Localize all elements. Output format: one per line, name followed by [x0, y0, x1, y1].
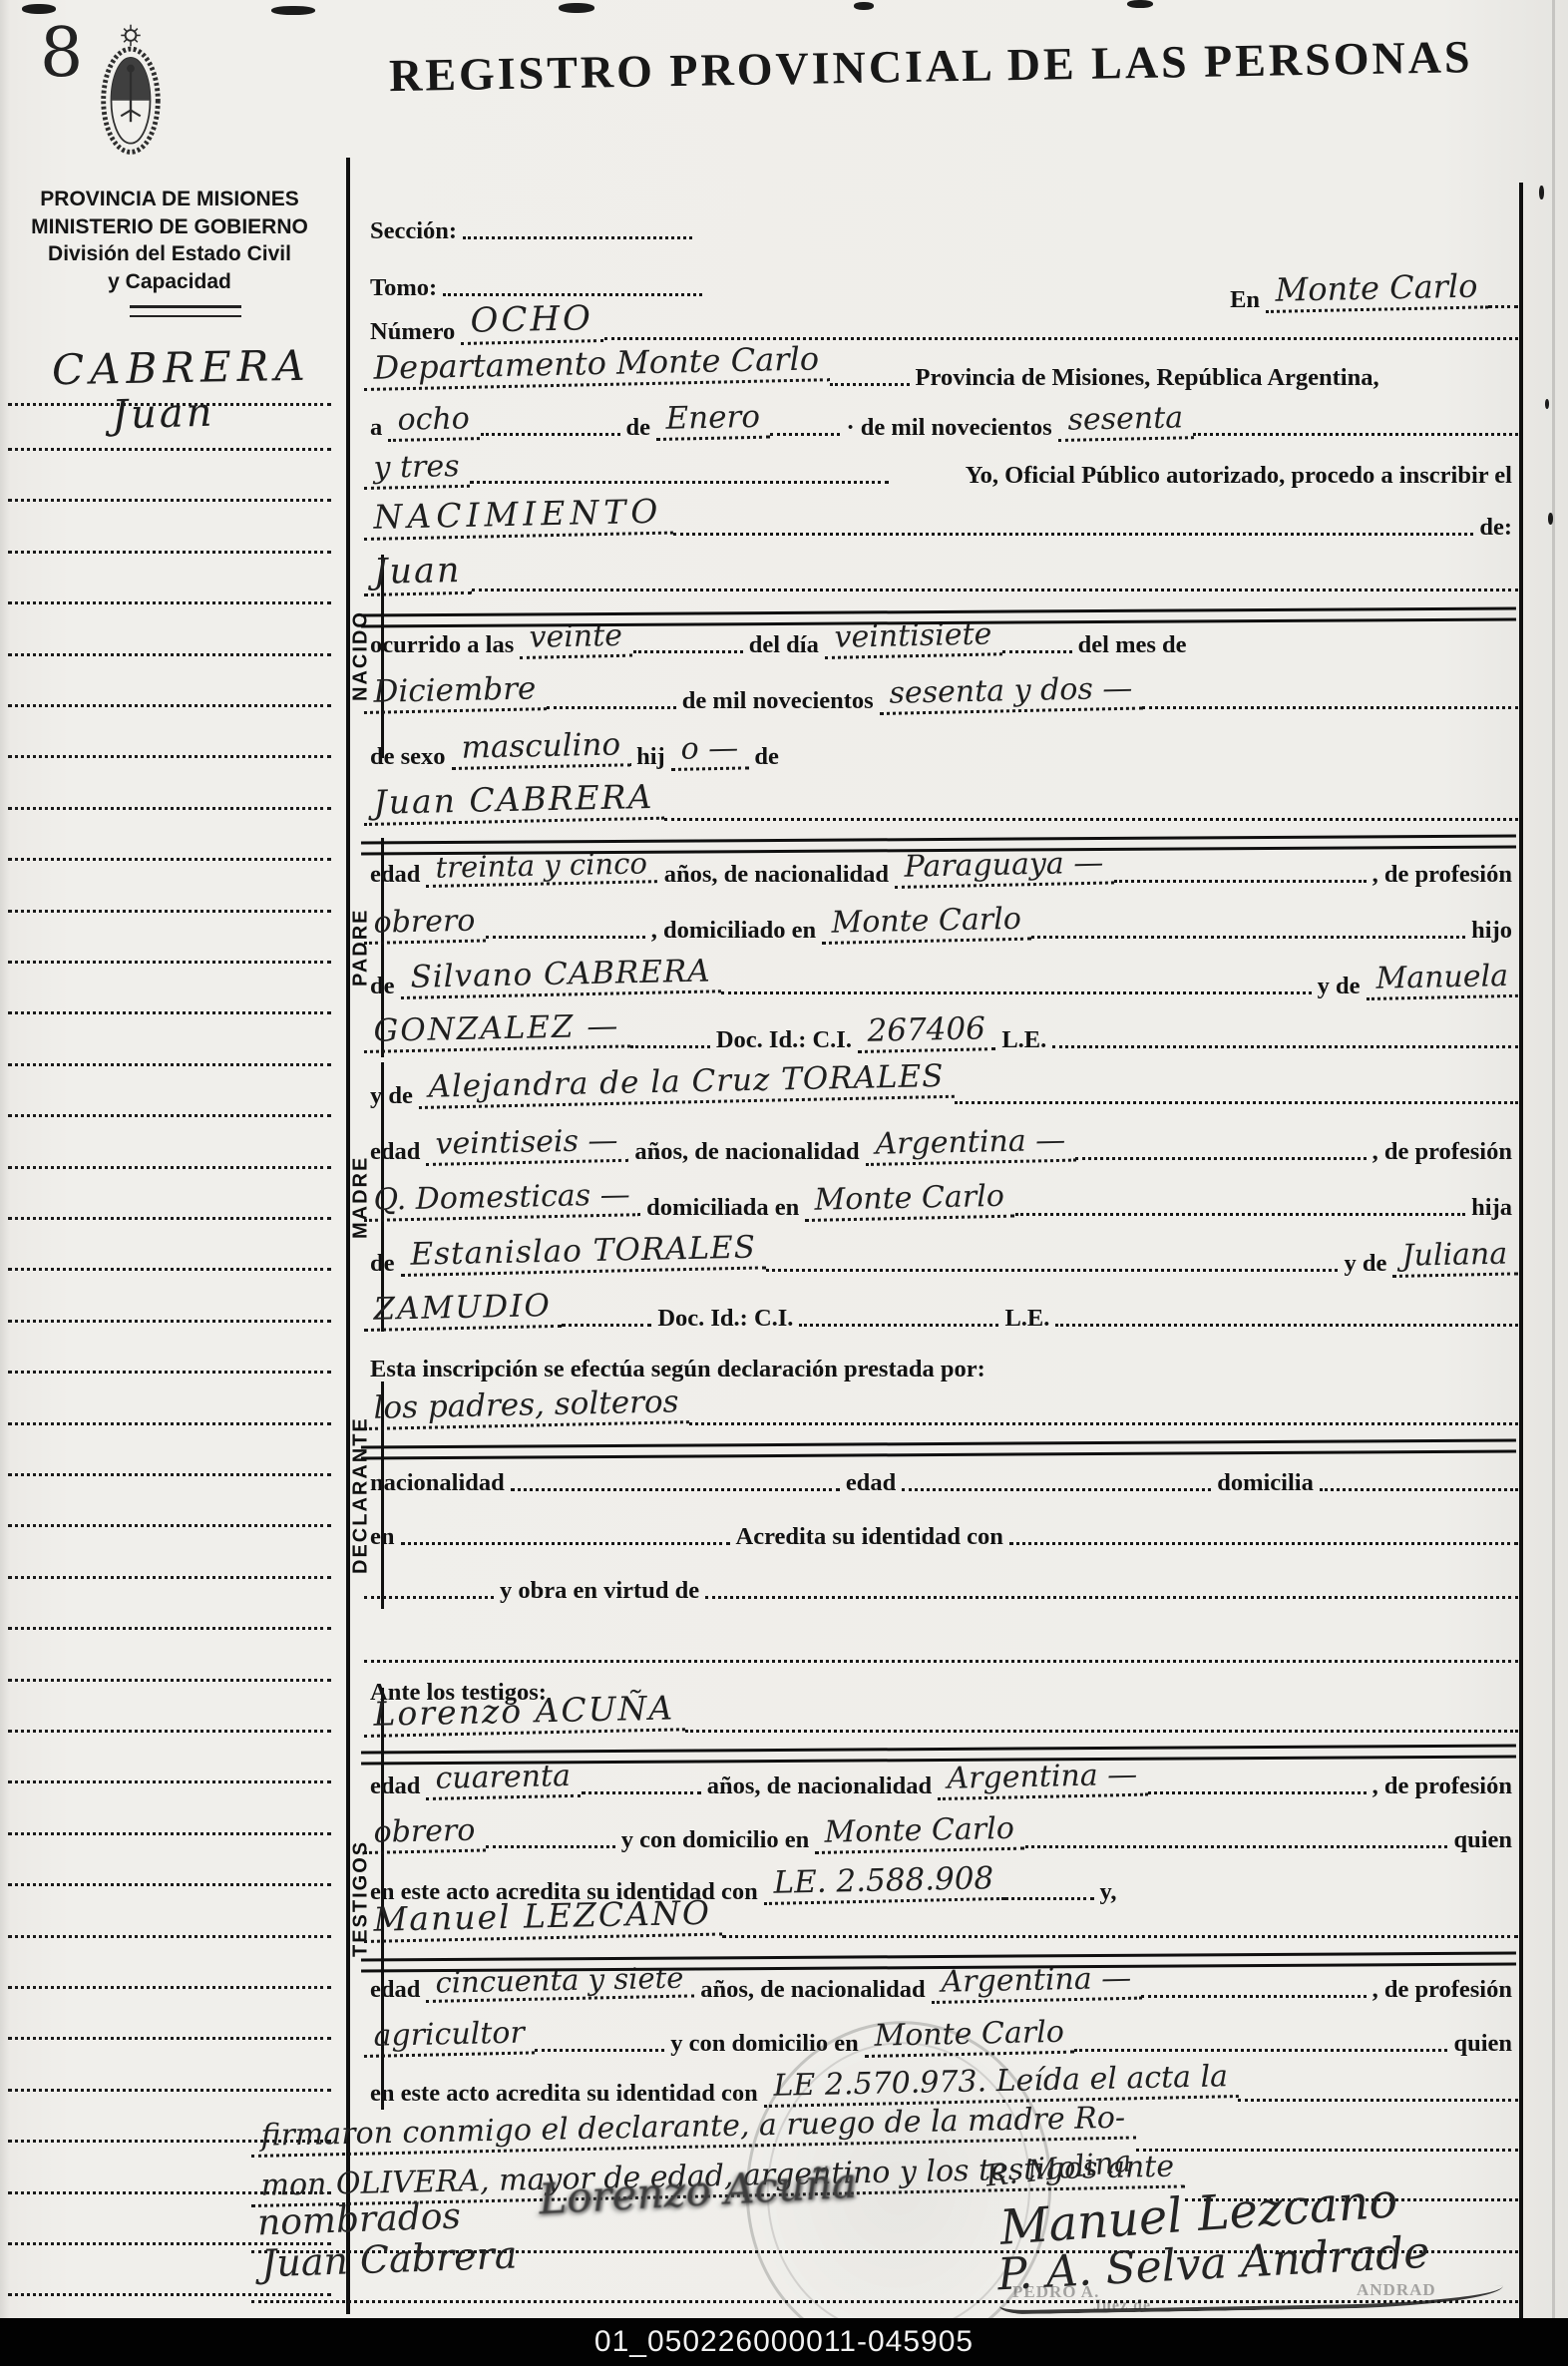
- authority-line: y Capacidad: [4, 268, 335, 296]
- margin-surname-entry: CABRERA: [52, 341, 311, 395]
- handwritten-entry: obrero: [363, 905, 486, 944]
- printed-label: quien: [1447, 1827, 1518, 1853]
- handwritten-entry: Enero: [655, 401, 770, 441]
- margin-dotted-line: [8, 653, 331, 656]
- dotted-fill-line: [511, 1488, 840, 1491]
- form-row-declarante-1: nacionalidadedaddomicilia: [364, 1454, 1518, 1496]
- scan-artifact: [1539, 186, 1544, 199]
- archive-caption-bar: 01_050226000011-045905: [0, 2318, 1568, 2366]
- scan-artifact: [1545, 399, 1549, 409]
- dotted-fill-line: [1136, 2149, 1518, 2152]
- margin-dotted-line: [8, 1986, 331, 1989]
- handwritten-entry: Estanislao TORALES: [400, 1232, 766, 1277]
- margin-dotted-line: [8, 1883, 331, 1886]
- form-row-mes: Diciembrede mil novecientossesenta y dos…: [364, 672, 1518, 714]
- dotted-fill-line: [1031, 936, 1465, 939]
- scan-artifact: [22, 4, 56, 14]
- dotted-fill-line: [364, 1660, 1518, 1663]
- form-row-fecha: aochodeEnero· de mil novecientossesenta: [364, 399, 1518, 441]
- printed-label: de:: [1473, 515, 1518, 541]
- form-row-acta-tipo: NACIMIENTOde:: [364, 499, 1518, 541]
- printed-label: hija: [1465, 1195, 1518, 1221]
- margin-dotted-line: [8, 2037, 331, 2040]
- handwritten-entry: Lorenzo ACUÑA: [363, 1692, 684, 1738]
- handwritten-entry: Q. Domesticas —: [363, 1179, 640, 1221]
- margin-dotted-line: [8, 1011, 331, 1014]
- dotted-fill-line: [1015, 1213, 1466, 1216]
- dotted-fill-line: [673, 533, 1473, 536]
- printed-label: ocurrido a las: [364, 632, 520, 658]
- handwritten-entry: OCHO: [460, 301, 603, 345]
- margin-dotted-line: [8, 961, 331, 964]
- dotted-fill-line: [1148, 1791, 1367, 1794]
- form-row-inscripto-nombre: Juan: [364, 555, 1518, 596]
- handwritten-entry: o —: [670, 732, 748, 770]
- dotted-fill-line: [562, 1324, 651, 1327]
- dotted-fill-line: [705, 1596, 1518, 1599]
- printed-label: Número: [364, 319, 461, 345]
- handwritten-entry: Departamento Monte Carlo: [363, 343, 829, 391]
- printed-label: Esta inscripción se efectúa según declar…: [364, 1357, 991, 1382]
- handwritten-entry: Manuela: [1366, 960, 1518, 999]
- form-row-declarante-2: enAcredita su identidad con: [364, 1508, 1518, 1550]
- printed-label: del día: [743, 632, 825, 658]
- margin-dotted-line: [8, 1576, 331, 1579]
- form-row-madre-nombre: y deAlejandra de la Cruz TORALES: [364, 1067, 1518, 1109]
- dotted-fill-line: [1002, 650, 1072, 653]
- printed-label: edad: [364, 1774, 426, 1799]
- form-row-madre-profesion: Q. Domesticas —domiciliada enMonte Carlo…: [364, 1179, 1518, 1221]
- dotted-fill-line: [633, 650, 743, 653]
- handwritten-entry: sesenta y dos —: [879, 672, 1142, 714]
- margin-dotted-line: [8, 910, 331, 913]
- handwritten-entry: agricultor: [363, 2017, 535, 2057]
- form-row-numero: NúmeroOCHO: [364, 303, 1518, 345]
- printed-label: Sección:: [364, 218, 463, 244]
- scan-artifact: [1127, 0, 1153, 8]
- dotted-fill-line: [1074, 2049, 1447, 2052]
- printed-label: , de profesión: [1367, 1774, 1518, 1799]
- margin-dotted-line: [8, 704, 331, 707]
- printed-label: Provincia de Misiones, República Argenti…: [910, 365, 1385, 391]
- dotted-fill-line: [364, 1596, 494, 1599]
- printed-label: en: [364, 1524, 401, 1550]
- printed-label: del mes de: [1072, 632, 1193, 658]
- dotted-fill-line: [1009, 1542, 1518, 1545]
- printed-label: L.E.: [998, 1306, 1055, 1332]
- authority-line: División del Estado Civil: [4, 240, 335, 268]
- margin-dotted-line: [8, 1935, 331, 1938]
- margin-dotted-line: [8, 448, 331, 451]
- form-row-anio-cont: y tresYo, Oficial Público autorizado, pr…: [364, 447, 1518, 489]
- handwritten-entry: ZAMUDIO: [363, 1290, 562, 1332]
- margin-dotted-line: [8, 755, 331, 758]
- handwritten-entry: Silvano CABRERA: [400, 956, 721, 999]
- form-row-padre-profesion: obrero, domiciliado enMonte Carlohijo: [364, 902, 1518, 944]
- margin-dotted-line: [8, 1063, 331, 1066]
- form-row-seccion: Sección:: [364, 202, 1518, 244]
- handwritten-entry: Juan CABRERA: [363, 780, 664, 826]
- form-row-testigo1-profesion: obreroy con domicilio enMonte Carloquien: [364, 1811, 1518, 1853]
- printed-label: , de profesión: [1367, 1139, 1518, 1165]
- handwritten-entry: Manuel LEZCANO: [363, 1896, 721, 1943]
- form-row-madre-abuela: ZAMUDIODoc. Id.: C.I.L.E.: [364, 1290, 1518, 1332]
- printed-label: domicilia: [1211, 1470, 1320, 1496]
- dotted-fill-line: [799, 1324, 998, 1327]
- handwritten-entry: y tres: [363, 450, 470, 489]
- dotted-fill-line: [547, 706, 676, 709]
- dotted-fill-line: [770, 433, 840, 436]
- margin-dotted-line: [8, 601, 331, 604]
- handwritten-entry: los padres, solteros: [363, 1386, 689, 1430]
- form-row-padre-abuela: GONZALEZ —Doc. Id.: C.I.267406L.E.: [364, 1011, 1518, 1053]
- margin-dotted-line: [8, 807, 331, 810]
- printed-label: Acredita su identidad con: [730, 1524, 1009, 1550]
- dotted-fill-line: [481, 433, 620, 436]
- margin-dotted-line: [8, 858, 331, 861]
- handwritten-entry: NACIMIENTO: [363, 495, 673, 541]
- margin-dotted-line: [8, 1166, 331, 1169]
- printed-label: y de: [1312, 974, 1367, 999]
- printed-label: L.E.: [995, 1027, 1052, 1053]
- page-number: 8: [40, 14, 83, 93]
- dotted-fill-line: [486, 1845, 615, 1848]
- form-row-sexo: de sexomasculinohijo —de: [364, 728, 1518, 770]
- margin-dotted-line: [8, 1627, 331, 1630]
- printed-label: de mil novecientos: [676, 688, 880, 714]
- printed-label: y obra en virtud de: [494, 1578, 705, 1604]
- printed-label: Doc. Id.: C.I.: [710, 1027, 858, 1053]
- margin-dotted-line: [8, 499, 331, 502]
- dotted-fill-line: [1320, 1488, 1518, 1491]
- handwritten-entry: Argentina —: [937, 1759, 1147, 1799]
- form-row-declarante-4: [364, 1626, 1518, 1668]
- printed-label: , de profesión: [1367, 1977, 1518, 2003]
- margin-dotted-line: [8, 1320, 331, 1323]
- printed-label: de: [620, 415, 657, 441]
- printed-label: hijo: [1465, 918, 1518, 944]
- form-row-inscripcion-nota: Esta inscripción se efectúa según declar…: [364, 1341, 1518, 1382]
- handwritten-entry: sesenta: [1057, 402, 1193, 441]
- printed-label: años, de nacionalidad: [658, 862, 895, 888]
- margin-dotted-line: [8, 1473, 331, 1476]
- handwritten-entry: Diciembre: [363, 673, 547, 714]
- handwritten-entry: masculino: [451, 729, 630, 770]
- handwritten-entry: Paraguaya —: [894, 847, 1113, 888]
- margin-dotted-line: [8, 403, 331, 406]
- margin-dotted-line: [8, 1730, 331, 1733]
- dotted-fill-line: [582, 1791, 701, 1794]
- dotted-fill-line: [470, 481, 889, 484]
- dotted-fill-line: [1142, 706, 1518, 709]
- dotted-fill-line: [1075, 1157, 1366, 1160]
- margin-dotted-line: [8, 1524, 331, 1527]
- faint-stamp-text: ANDRAD: [1357, 2280, 1436, 2300]
- issuing-authority: PROVINCIA DE MISIONES MINISTERIO DE GOBI…: [4, 186, 335, 296]
- argentina-coat-of-arms-icon: [92, 22, 170, 160]
- printed-label: y de: [1338, 1251, 1392, 1277]
- margin-dotted-line: [8, 1780, 331, 1783]
- handwritten-entry: Monte Carlo: [815, 1812, 1025, 1853]
- printed-label: edad: [364, 862, 426, 888]
- handwritten-entry: LE. 2.588.908: [763, 1862, 1003, 1905]
- handwritten-entry: Juliana: [1392, 1238, 1518, 1277]
- scan-artifact: [854, 2, 874, 10]
- printed-label: de sexo: [364, 744, 452, 770]
- margin-dotted-line: [8, 1422, 331, 1425]
- handwritten-entry: Juan: [363, 553, 472, 596]
- form-row-madre-edad: edadveintiseis —años, de nacionalidadArg…: [364, 1123, 1518, 1165]
- dotted-fill-line: [664, 818, 1518, 821]
- printed-label: edad: [364, 1139, 426, 1165]
- form-row-padre-abuelo: deSilvano CABRERAy deManuela: [364, 958, 1518, 999]
- dotted-fill-line: [902, 1488, 1211, 1491]
- printed-label: edad: [364, 1977, 426, 2003]
- printed-label: , de profesión: [1367, 862, 1518, 888]
- dotted-fill-line: [1055, 1324, 1518, 1327]
- dotted-fill-line: [830, 383, 910, 386]
- printed-label: · de mil novecientos: [840, 415, 1057, 441]
- margin-dotted-line: [8, 1217, 331, 1220]
- handwritten-entry: Alejandra de la Cruz TORALES: [418, 1060, 955, 1109]
- printed-label: de: [748, 744, 785, 770]
- printed-label: Doc. Id.: C.I.: [651, 1306, 799, 1332]
- dotted-fill-line: [955, 1101, 1518, 1104]
- printed-label: a: [364, 415, 388, 441]
- printed-label: nacionalidad: [364, 1470, 511, 1496]
- printed-label: quien: [1447, 2031, 1518, 2057]
- dotted-fill-line: [766, 1269, 1339, 1272]
- dotted-fill-line: [535, 2049, 664, 2052]
- dotted-fill-line: [472, 589, 1518, 591]
- handwritten-entry: obrero: [363, 1814, 486, 1853]
- authority-divider: [130, 305, 241, 317]
- dotted-fill-line: [721, 991, 1312, 994]
- faint-stamp-text: PEDRO A.: [1012, 2282, 1099, 2302]
- form-row-padre-nombre: Juan CABRERA: [364, 784, 1518, 826]
- handwritten-entry: cuarenta: [426, 1760, 582, 1799]
- margin-dotted-line: [8, 1114, 331, 1117]
- printed-label: de: [364, 974, 401, 999]
- form-row-departamento: Departamento Monte CarloProvincia de Mis…: [364, 349, 1518, 391]
- dotted-fill-line: [486, 936, 645, 939]
- form-row-madre-abuelo: deEstanislao TORALESy deJuliana: [364, 1235, 1518, 1277]
- dotted-fill-line: [685, 1730, 1518, 1733]
- dotted-fill-line: [1025, 1845, 1448, 1848]
- form-row-declarado-por: los padres, solteros: [364, 1388, 1518, 1430]
- archive-reference-code: 01_050226000011-045905: [594, 2325, 974, 2358]
- margin-dotted-line: [8, 2089, 331, 2092]
- handwritten-entry: Monte Carlo: [821, 903, 1031, 944]
- dotted-fill-line: [1238, 2099, 1518, 2102]
- printed-label: , domiciliado en: [645, 918, 822, 944]
- dotted-fill-line: [689, 1422, 1518, 1425]
- margin-dotted-line: [8, 1371, 331, 1374]
- margin-given-name-entry: Juan: [111, 390, 215, 439]
- scan-artifact: [1548, 513, 1553, 525]
- handwritten-entry: Monte Carlo: [805, 1180, 1015, 1221]
- form-row-declarante-3: y obra en virtud de: [364, 1562, 1518, 1604]
- handwritten-entry: veintiseis —: [426, 1124, 629, 1165]
- signature: Juan Cabrera: [260, 2236, 518, 2283]
- margin-dotted-line: [8, 1679, 331, 1682]
- printed-label: años, de nacionalidad: [694, 1977, 931, 2003]
- printed-label: edad: [840, 1470, 902, 1496]
- dotted-fill-line: [1114, 880, 1367, 883]
- printed-label: hij: [630, 744, 671, 770]
- handwritten-entry: GONZALEZ —: [363, 1010, 630, 1053]
- faint-stamp-text: Juez de: [1093, 2297, 1151, 2315]
- dotted-fill-line: [630, 1045, 710, 1048]
- handwritten-entry: 267406: [857, 1013, 995, 1053]
- margin-dotted-line: [8, 551, 331, 554]
- form-row-testigo1-nombre: Lorenzo ACUÑA: [364, 1696, 1518, 1738]
- dotted-fill-line: [604, 337, 1518, 340]
- dotted-fill-line: [401, 1542, 730, 1545]
- printed-label: Yo, Oficial Público autorizado, procedo …: [960, 463, 1518, 489]
- scan-artifact: [271, 6, 315, 15]
- dotted-fill-line: [1052, 1045, 1518, 1048]
- printed-label: y con domicilio en: [615, 1827, 816, 1853]
- authority-line: PROVINCIA DE MISIONES: [4, 186, 335, 213]
- margin-dotted-line: [8, 1832, 331, 1835]
- page-edge-shadow: [1552, 0, 1555, 2324]
- scanned-birth-record-page: 8 REGISTRO PROVINCIAL DE LAS PERSONAS PR…: [0, 0, 1568, 2366]
- form-row-testigo2-nombre: Manuel LEZCANO: [364, 1901, 1518, 1943]
- form-right-border: [1519, 183, 1523, 2319]
- dotted-fill-line: [1004, 1897, 1094, 1900]
- dotted-fill-line: [1141, 1995, 1366, 1998]
- handwritten-entry: ocho: [387, 403, 480, 441]
- printed-label: en este acto acredita su identidad con: [364, 2081, 764, 2107]
- dotted-fill-line: [1193, 433, 1518, 436]
- printed-label: años, de nacionalidad: [701, 1774, 938, 1799]
- handwritten-entry: Argentina —: [865, 1124, 1075, 1165]
- document-title: REGISTRO PROVINCIAL DE LAS PERSONAS: [389, 31, 1427, 102]
- printed-label: domiciliada en: [640, 1195, 805, 1221]
- authority-line: MINISTERIO DE GOBIERNO: [4, 213, 335, 241]
- dotted-fill-line: [463, 236, 692, 239]
- dotted-fill-line: [722, 1935, 1519, 1938]
- margin-dotted-line: [8, 1268, 331, 1271]
- printed-label: y de: [364, 1083, 419, 1109]
- printed-label: de: [364, 1251, 401, 1277]
- printed-label: años, de nacionalidad: [628, 1139, 865, 1165]
- scan-artifact: [559, 3, 594, 13]
